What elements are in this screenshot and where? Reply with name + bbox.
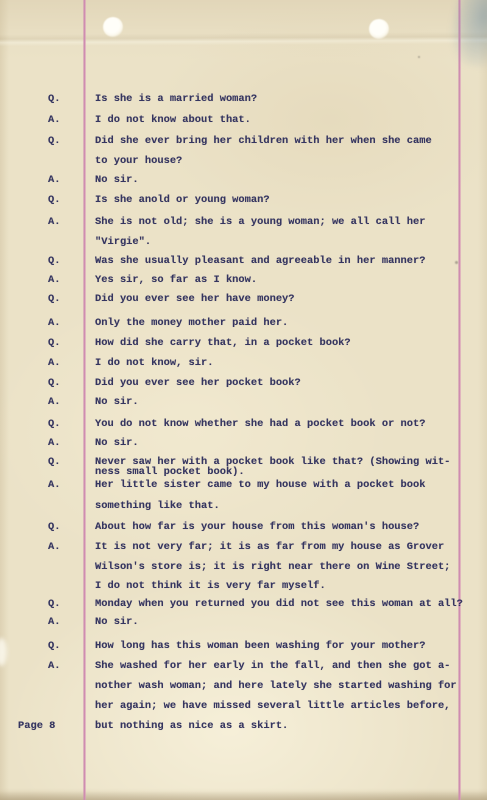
transcript-line: I do not think it is very far myself. — [0, 580, 487, 593]
line-text: but nothing as nice as a skirt. — [95, 720, 288, 733]
transcript-line: Q.How did she carry that, in a pocket bo… — [0, 337, 487, 350]
transcript-line: A.Only the money mother paid her. — [0, 317, 487, 330]
speaker-label: A. — [48, 541, 60, 554]
speaker-label: A. — [48, 357, 60, 370]
transcript: Q.Is she is a married woman?A.I do not k… — [0, 0, 487, 800]
line-text: I do not think it is very far myself. — [95, 580, 326, 593]
speaker-label: Q. — [48, 135, 60, 148]
speaker-label: Q. — [48, 521, 60, 534]
transcript-line: Q.Did she ever bring her children with h… — [0, 135, 487, 148]
transcript-line: A.No sir. — [0, 396, 487, 409]
line-text: Did she ever bring her children with her… — [95, 135, 432, 148]
transcript-line: A.She is not old; she is a young woman; … — [0, 216, 487, 229]
line-text: She washed for her early in the fall, an… — [95, 660, 450, 673]
line-text: Only the money mother paid her. — [95, 317, 288, 330]
line-text: Wilson's store is; it is right near ther… — [95, 561, 450, 574]
transcript-line: Q.Is she is a married woman? — [0, 93, 487, 106]
speaker-label: A. — [48, 216, 60, 229]
transcript-line: A.Her little sister came to my house wit… — [0, 479, 487, 492]
transcript-line: A.Yes sir, so far as I know. — [0, 274, 487, 287]
speaker-label: Q. — [48, 337, 60, 350]
transcript-line: Q.Monday when you returned you did not s… — [0, 598, 487, 611]
line-text: How did she carry that, in a pocket book… — [95, 337, 351, 350]
speaker-label: Q. — [48, 640, 60, 653]
transcript-line: A.No sir. — [0, 174, 487, 187]
transcript-line: Q.About how far is your house from this … — [0, 521, 487, 534]
transcript-line: Q.How long has this woman been washing f… — [0, 640, 487, 653]
line-text: Monday when you returned you did not see… — [95, 598, 463, 611]
transcript-line: Wilson's store is; it is right near ther… — [0, 561, 487, 574]
line-text: No sir. — [95, 174, 139, 187]
line-text: Is she is a married woman? — [95, 93, 257, 106]
line-text: "Virgie". — [95, 236, 151, 249]
speaker-label: Q. — [48, 194, 60, 207]
line-text: About how far is your house from this wo… — [95, 521, 419, 534]
transcript-line: A.It is not very far; it is as far from … — [0, 541, 487, 554]
line-text: Yes sir, so far as I know. — [95, 274, 257, 287]
transcript-line: Q.Was she usually pleasant and agreeable… — [0, 255, 487, 268]
transcript-line: A.I do not know, sir. — [0, 357, 487, 370]
transcript-line: A.I do not know about that. — [0, 114, 487, 127]
speaker-label: Q. — [48, 255, 60, 268]
line-text: No sir. — [95, 437, 139, 450]
line-text: She is not old; she is a young woman; we… — [95, 216, 425, 229]
transcript-line: Q.Is she anold or young woman? — [0, 194, 487, 207]
speaker-label: A. — [48, 660, 60, 673]
transcript-line: Page 8but nothing as nice as a skirt. — [0, 720, 487, 733]
speaker-label: Q. — [48, 293, 60, 306]
transcript-line: A.No sir. — [0, 437, 487, 450]
transcript-line: nother wash woman; and here lately she s… — [0, 680, 487, 693]
line-text: nother wash woman; and here lately she s… — [95, 680, 457, 693]
paper-page: Q.Is she is a married woman?A.I do not k… — [0, 0, 487, 800]
transcript-line: to your house? — [0, 155, 487, 168]
transcript-line: her again; we have missed several little… — [0, 700, 487, 713]
speaker-label: A. — [48, 437, 60, 450]
speaker-label: A. — [48, 317, 60, 330]
line-text: Did you ever see her have money? — [95, 293, 295, 306]
line-text: Did you ever see her pocket book? — [95, 377, 301, 390]
speaker-label: Q. — [48, 598, 60, 611]
line-text: Her little sister came to my house with … — [95, 479, 425, 492]
line-text: You do not know whether she had a pocket… — [95, 418, 425, 431]
line-text: No sir. — [95, 616, 139, 629]
line-text: her again; we have missed several little… — [95, 700, 450, 713]
speaker-label: Q. — [48, 93, 60, 106]
line-text: I do not know, sir. — [95, 357, 213, 370]
speaker-label: A. — [48, 114, 60, 127]
line-text: It is not very far; it is as far from my… — [95, 541, 444, 554]
page-number-label: Page 8 — [18, 720, 55, 733]
speaker-label: Q. — [48, 418, 60, 431]
speaker-label: A. — [48, 174, 60, 187]
speaker-label: Q. — [48, 377, 60, 390]
transcript-line: something like that. — [0, 500, 487, 513]
line-text: No sir. — [95, 396, 139, 409]
transcript-line: A.No sir. — [0, 616, 487, 629]
transcript-line: Q.Did you ever see her pocket book? — [0, 377, 487, 390]
line-text: Was she usually pleasant and agreeable i… — [95, 255, 425, 268]
transcript-line: A.She washed for her early in the fall, … — [0, 660, 487, 673]
transcript-line: Q.You do not know whether she had a pock… — [0, 418, 487, 431]
line-text: I do not know about that. — [95, 114, 251, 127]
speaker-label: A. — [48, 479, 60, 492]
line-text: to your house? — [95, 155, 182, 168]
line-text: ness small pocket book). — [95, 466, 245, 479]
transcript-line: Q.Did you ever see her have money? — [0, 293, 487, 306]
line-text: Is she anold or young woman? — [95, 194, 270, 207]
speaker-label: A. — [48, 616, 60, 629]
transcript-line: "Virgie". — [0, 236, 487, 249]
transcript-line: ness small pocket book). — [0, 466, 487, 479]
speaker-label: A. — [48, 396, 60, 409]
line-text: something like that. — [95, 500, 220, 513]
line-text: How long has this woman been washing for… — [95, 640, 425, 653]
speaker-label: A. — [48, 274, 60, 287]
